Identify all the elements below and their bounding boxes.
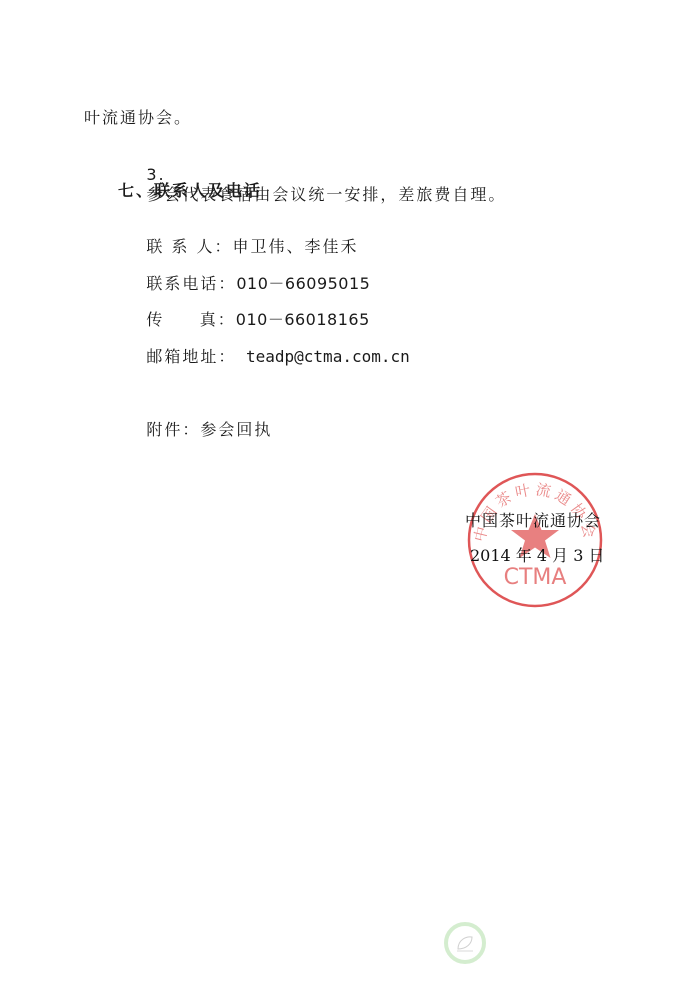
contact-email-value[interactable]: teadp@ctma.com.cn xyxy=(236,347,409,366)
attachment-line: 附件：参会回执 xyxy=(118,400,272,460)
official-seal: 中国茶叶流通协会 CTMA xyxy=(466,472,604,608)
attachment-value: 参会回执 xyxy=(200,420,272,439)
attachment-label: 附件： xyxy=(146,420,200,439)
leaf-logo-watermark-icon xyxy=(444,922,486,964)
contact-email-row: 邮箱地址： teadp@ctma.com.cn xyxy=(118,327,410,387)
continuation-line: 叶流通协会。 xyxy=(84,108,192,128)
seal-center-text: CTMA xyxy=(504,565,567,590)
signature-organization: 中国茶叶流通协会 xyxy=(465,511,601,531)
signature-date: 2014 年 4 月 3 日 xyxy=(470,546,605,566)
section-7-heading: 七、联系人及电话 xyxy=(118,181,262,201)
contact-email-label: 邮箱地址： xyxy=(146,347,236,366)
